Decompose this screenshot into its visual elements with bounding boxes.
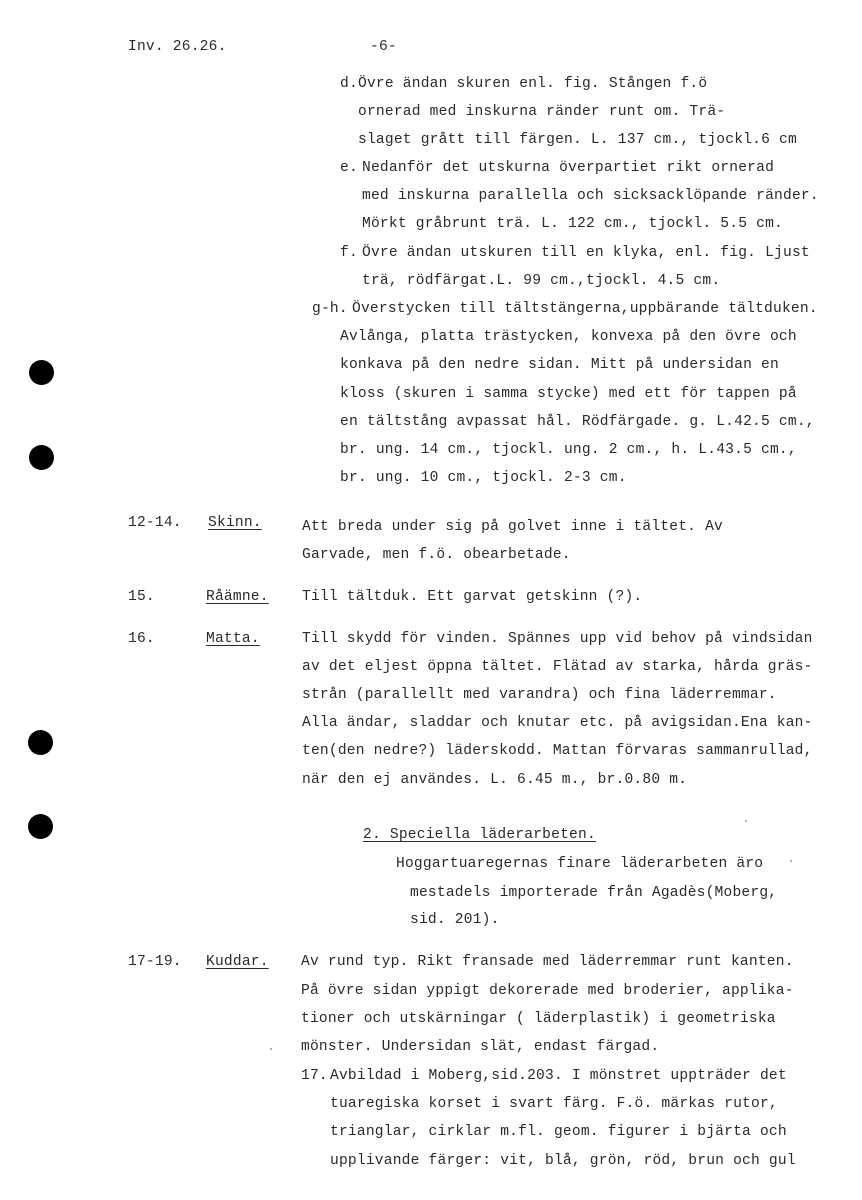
entry-body-line: Alla ändar, sladdar och knutar etc. på a…	[302, 714, 813, 732]
item-gh-line: Överstycken till tältstängerna,uppbärand…	[352, 300, 818, 318]
section-intro-line: Hoggartuaregernas finare läderarbeten är…	[396, 855, 763, 873]
punch-hole	[28, 814, 53, 839]
item-gh-line: br. ung. 14 cm., tjockl. ung. 2 cm., h. …	[340, 441, 797, 459]
item-f-line: Övre ändan utskuren till en klyka, enl. …	[362, 244, 810, 262]
item-d-line: Övre ändan skuren enl. fig. Stången f.ö	[358, 75, 707, 93]
entry-body-line: Garvade, men f.ö. obearbetade.	[302, 546, 571, 564]
entry-number: 12-14.	[128, 514, 182, 532]
item-gh-line: en tältstång avpassat hål. Rödfärgade. g…	[340, 413, 815, 431]
entry-label: Matta.	[206, 630, 260, 648]
entry-body-line: när den ej användes. L. 6.45 m., br.0.80…	[302, 771, 687, 789]
item-marker-d: d.	[340, 75, 358, 93]
entry-number: 15.	[128, 588, 155, 606]
page-number: -6-	[370, 38, 397, 56]
item-marker-f: f.	[340, 244, 358, 262]
item-gh-line: konkava på den nedre sidan. Mitt på unde…	[340, 356, 779, 374]
entry-body-line: Att breda under sig på golvet inne i täl…	[302, 518, 723, 536]
entry-body-line: På övre sidan yppigt dekorerade med brod…	[301, 982, 794, 1000]
entry-body-line: strån (parallellt med varandra) och fina…	[302, 686, 777, 704]
item-f-line: trä, rödfärgat.L. 99 cm.,tjockl. 4.5 cm.	[362, 272, 720, 290]
section-intro-line: sid. 201).	[410, 911, 500, 929]
item-gh-line: kloss (skuren i samma stycke) med ett fö…	[340, 385, 797, 403]
entry-body-line: av det eljest öppna tältet. Flätad av st…	[302, 658, 813, 676]
entry-label: Råämne.	[206, 588, 269, 606]
scan-speck	[790, 860, 792, 862]
item-marker-e: e.	[340, 159, 358, 177]
item-e-line: Nedanför det utskurna överpartiet rikt o…	[362, 159, 774, 177]
entry-body-line: mönster. Undersidan slät, endast färgad.	[301, 1038, 659, 1056]
item-gh-line: br. ung. 10 cm., tjockl. 2-3 cm.	[340, 469, 627, 487]
entry-body-line: Av rund typ. Rikt fransade med läderremm…	[301, 953, 794, 971]
item-d-line: slaget grått till färgen. L. 137 cm., tj…	[358, 131, 797, 149]
item-marker-gh: g-h.	[312, 300, 348, 318]
item-e-line: Mörkt gråbrunt trä. L. 122 cm., tjockl. …	[362, 215, 783, 233]
section-intro-line: mestadels importerade från Agadès(Moberg…	[410, 884, 777, 902]
entry-label: Kuddar.	[206, 953, 269, 971]
scan-speck	[745, 820, 747, 822]
entry-label: Skinn.	[208, 514, 262, 532]
typewritten-page: Inv. 26.26. -6- d. Övre ändan skuren enl…	[0, 0, 862, 1200]
punch-hole	[29, 360, 54, 385]
section-heading: 2. Speciella läderarbeten.	[363, 826, 596, 844]
punch-hole	[29, 445, 54, 470]
sub-item-line: Avbildad i Moberg,sid.203. I mönstret up…	[330, 1067, 787, 1085]
sub-item-line: tuaregiska korset i svart färg. F.ö. mär…	[330, 1095, 778, 1113]
item-e-line: med inskurna parallella och sicksacklöpa…	[362, 187, 819, 205]
punch-hole	[28, 730, 53, 755]
entry-body-line: tioner och utskärningar ( läderplastik) …	[301, 1010, 776, 1028]
sub-item-line: trianglar, cirklar m.fl. geom. figurer i…	[330, 1123, 787, 1141]
entry-body-line: Till skydd för vinden. Spännes upp vid b…	[302, 630, 813, 648]
entry-body-line: Till tältduk. Ett garvat getskinn (?).	[302, 588, 642, 606]
entry-body-line: ten(den nedre?) läderskodd. Mattan förva…	[302, 742, 813, 760]
scan-speck	[270, 1048, 272, 1050]
entry-number: 16.	[128, 630, 155, 648]
sub-item-marker: 17.	[301, 1067, 328, 1085]
item-gh-line: Avlånga, platta trästycken, konvexa på d…	[340, 328, 797, 346]
item-d-line: ornerad med inskurna ränder runt om. Trä…	[358, 103, 725, 121]
entry-number: 17-19.	[128, 953, 182, 971]
inventory-number: Inv. 26.26.	[128, 38, 227, 56]
sub-item-line: upplivande färger: vit, blå, grön, röd, …	[330, 1152, 796, 1170]
